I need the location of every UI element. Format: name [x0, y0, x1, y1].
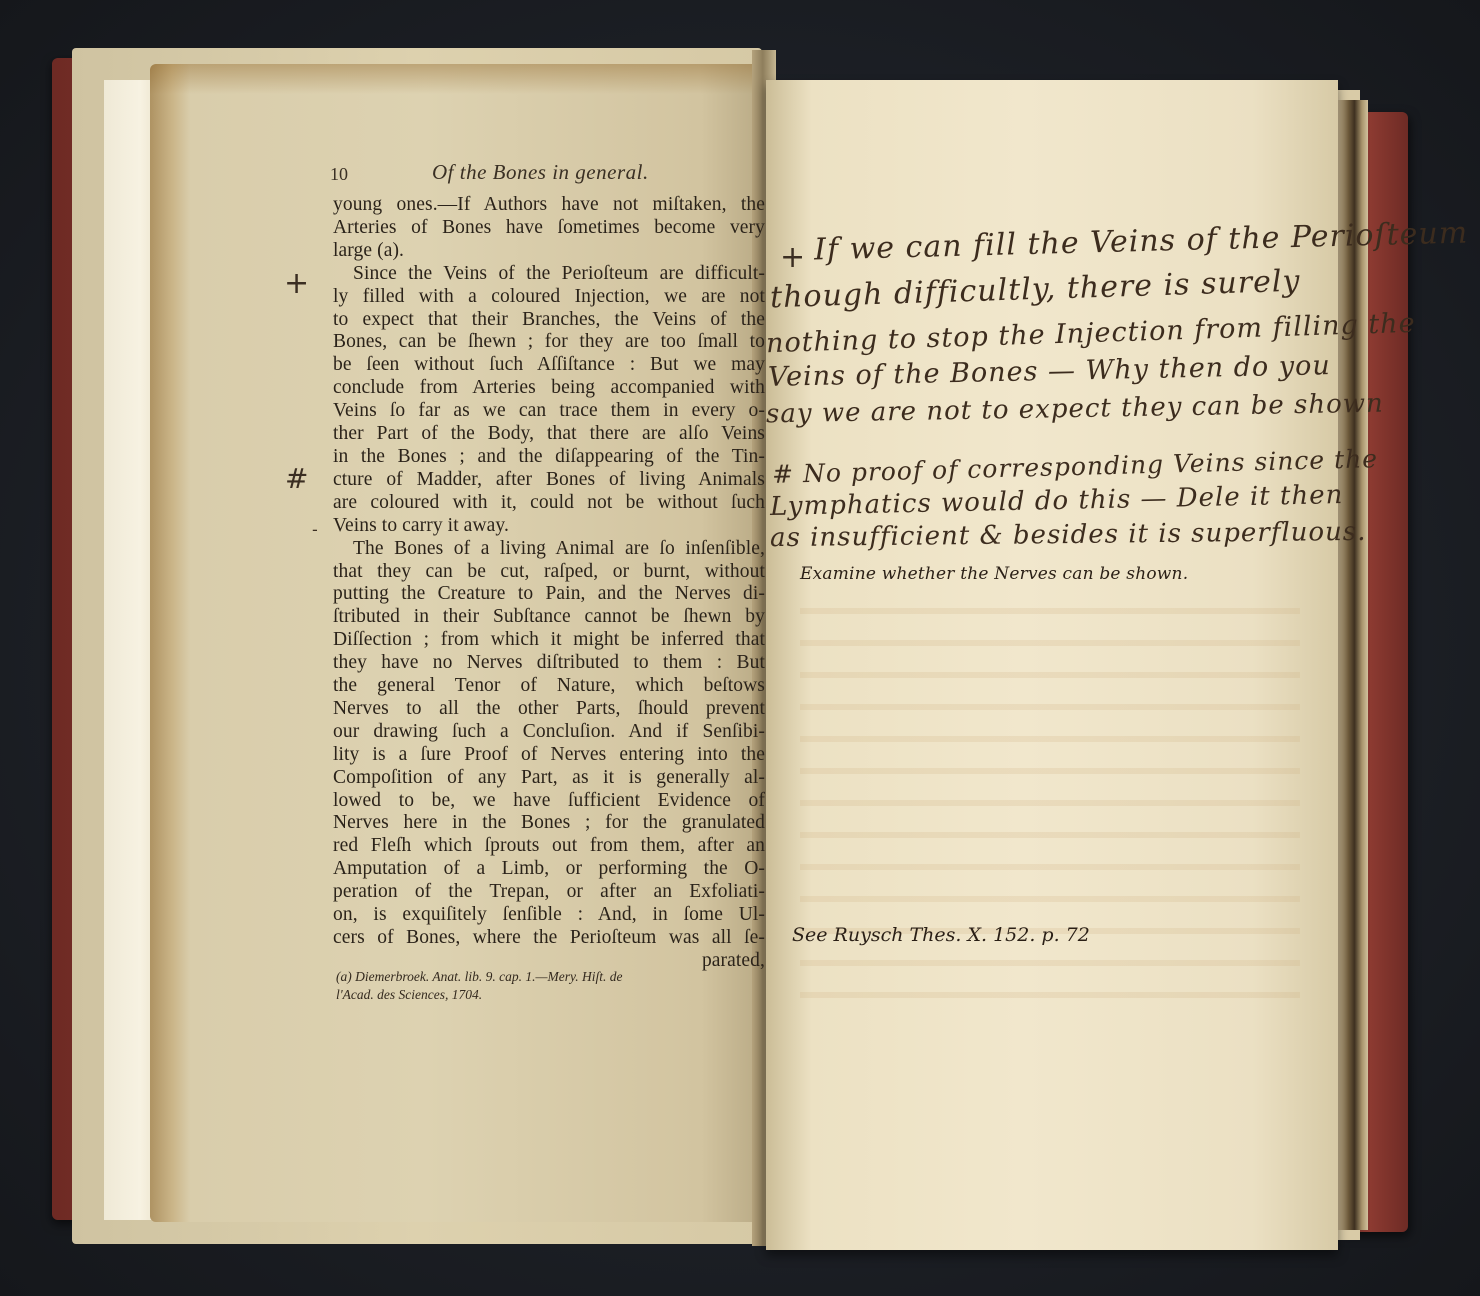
text-line: to expect that their Branches, the Veins…	[333, 309, 765, 332]
text-line: in the Bones ; and the diſappearing of t…	[333, 446, 765, 469]
running-head-title: Of the Bones in general.	[432, 160, 649, 185]
show-through-text	[800, 590, 1300, 1010]
text-line: Diſſection ; from which it might be infe…	[333, 629, 765, 652]
text-line: Arteries of Bones have ſometimes become …	[333, 217, 765, 240]
text-line: are coloured with it, could not be witho…	[333, 492, 765, 515]
footnote-line: l'Acad. des Sciences, 1704.	[336, 986, 756, 1004]
text-line: they have no Nerves diſtributed to them …	[333, 652, 765, 675]
text-line: red Fleſh which ſprouts out from them, a…	[333, 835, 765, 858]
text-line: our drawing ſuch a Concluſion. And if Se…	[333, 721, 765, 744]
text-line: that they can be cut, raſped, or burnt, …	[333, 561, 765, 584]
text-line: putting the Creature to Pain, and the Ne…	[333, 583, 765, 606]
text-line: Veins ſo far as we can trace them in eve…	[333, 400, 765, 423]
printed-text-block: young ones.—If Authors have not miſtaken…	[333, 194, 765, 973]
text-line: ſtributed in their Subſtance cannot be ſ…	[333, 606, 765, 629]
margin-hash-mark: #	[285, 462, 308, 495]
text-line: peration of the Trepan, or after an Exfo…	[333, 881, 765, 904]
text-line: conclude from Arteries being accompanied…	[333, 377, 765, 400]
text-line: cture of Madder, after Bones of living A…	[333, 469, 765, 492]
text-line: be ſeen without ſuch Aſſiſtance : But we…	[333, 354, 765, 377]
text-line: the general Tenor of Nature, which beſto…	[333, 675, 765, 698]
text-line: Veins to carry it away.	[333, 515, 765, 538]
running-head: 10 Of the Bones in general.	[330, 160, 770, 186]
right-page-edges	[1338, 100, 1368, 1230]
text-line: cers of Bones, where the Perioſteum was …	[333, 927, 765, 950]
text-line: large (a).	[333, 240, 765, 263]
text-line: young ones.—If Authors have not miſtaken…	[333, 194, 765, 217]
footnote-line: (a) Diemerbroek. Anat. lib. 9. cap. 1.—M…	[336, 968, 756, 986]
text-line: on, is exquiſitely ſenſible : And, in ſo…	[333, 904, 765, 927]
handwritten-reference: See Ruysch Thes. X. 152. p. 72	[792, 924, 1090, 946]
annotation-plus-mark: +	[780, 240, 805, 275]
handwritten-note-nerves: Examine whether the Nerves can be shown.	[800, 564, 1188, 584]
text-line: Since the Veins of the Perioſteum are di…	[333, 263, 765, 286]
handwritten-line: as insufficient & besides it is superflu…	[770, 517, 1367, 553]
text-line: Bones, can be ſhewn ; for they are too ſ…	[333, 331, 765, 354]
text-line: Nerves to all the other Parts, ſhould pr…	[333, 698, 765, 721]
text-line: lity is a ſure Proof of Nerves entering …	[333, 744, 765, 767]
text-line: lowed to be, we have ſufficient Evidence…	[333, 790, 765, 813]
margin-dash-mark: -	[312, 520, 318, 539]
footnote: (a) Diemerbroek. Anat. lib. 9. cap. 1.—M…	[336, 968, 756, 1004]
text-line: Nerves here in the Bones ; for the granu…	[333, 812, 765, 835]
text-line: ther Part of the Body, that there are al…	[333, 423, 765, 446]
text-line: The Bones of a living Animal are ſo inſe…	[333, 538, 765, 561]
text-line: ly filled with a coloured Injection, we …	[333, 286, 765, 309]
margin-plus-mark: +	[284, 266, 309, 301]
text-line: Compoſition of any Part, as it is genera…	[333, 767, 765, 790]
text-line: Amputation of a Limb, or performing the …	[333, 858, 765, 881]
page-number: 10	[330, 164, 348, 185]
